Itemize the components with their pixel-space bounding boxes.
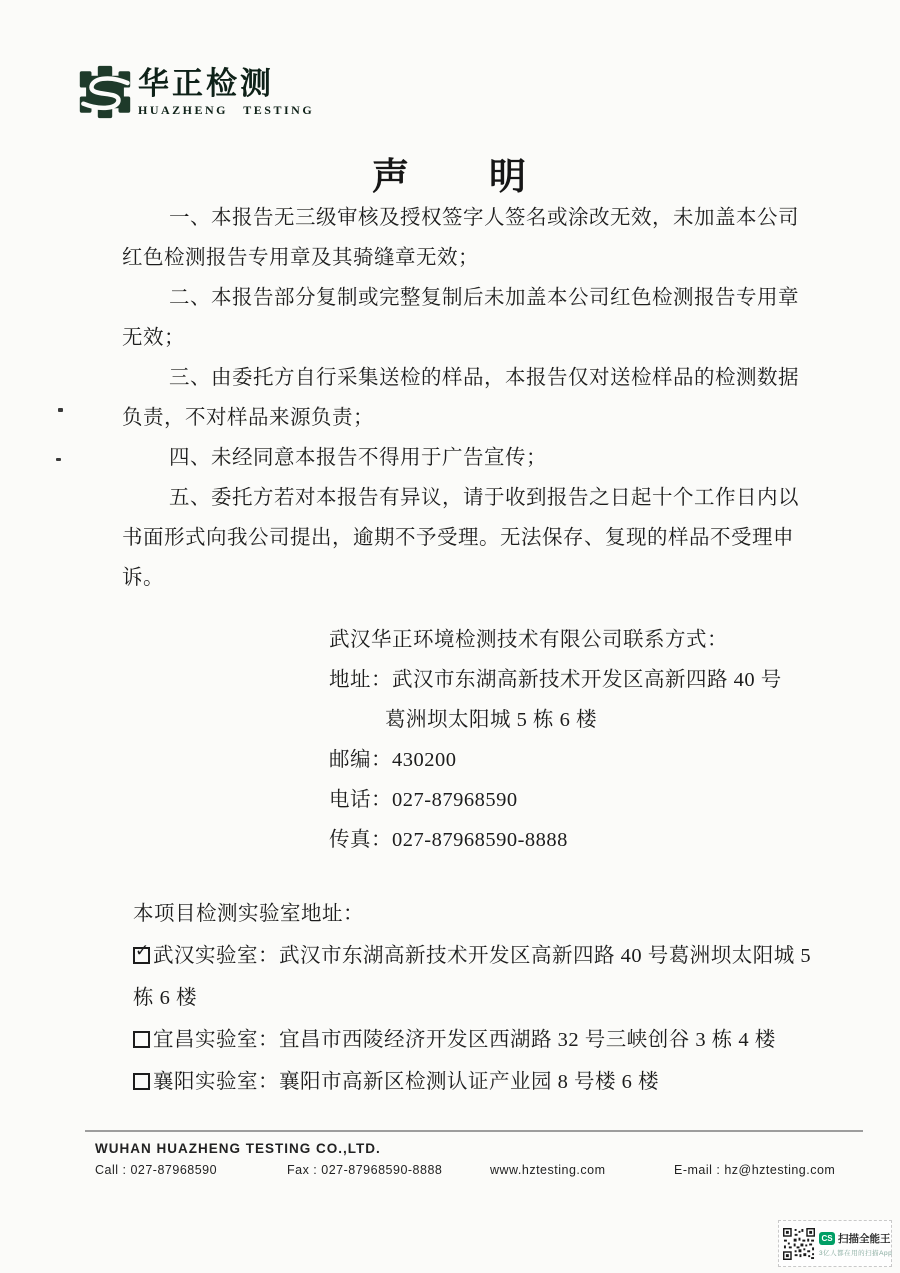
statement-line: 二、本报告部分复制或完整复制后未加盖本公司红色检测报告专用章 [122,278,774,318]
lab-item-text: 襄阳实验室：襄阳市高新区检测认证产业园 8 号楼 6 楼 [153,1071,659,1093]
statement-line: 无效； [122,318,774,358]
lab-item-xiangyang: 襄阳实验室：襄阳市高新区检测认证产业园 8 号楼 6 楼 [133,1061,793,1103]
labs-block: 本项目检测实验室地址： ✓武汉实验室：武汉市东湖高新技术开发区高新四路 40 号… [133,893,793,1103]
logo-company-name-en: HUAZHENG TESTING [138,103,314,118]
footer-phone: Call : 027-87968590 [95,1163,217,1177]
company-logo: 华正检测 HUAZHENG TESTING [78,64,314,120]
contact-heading: 武汉华正环境检测技术有限公司联系方式： [329,620,809,660]
lab-item-wuhan: ✓武汉实验室：武汉市东湖高新技术开发区高新四路 40 号葛洲坝太阳城 5 [133,935,793,977]
footer-fax: Fax : 027-87968590-8888 [287,1163,442,1177]
contact-phone: 电话：027-87968590 [329,780,809,820]
page-title: 声 明 [0,146,900,200]
camscanner-badge-icon: CS [819,1232,835,1245]
huazheng-logo-icon [78,64,132,120]
logo-company-name: 华正检测 [138,68,314,100]
footer-company-name: WUHAN HUAZHENG TESTING CO.,LTD. [95,1141,381,1156]
lab-item-yichang: 宜昌实验室：宜昌市西陵经济开发区西湖路 32 号三峡创谷 3 栋 4 楼 [133,1019,793,1061]
contact-postcode: 邮编：430200 [329,740,809,780]
statement-line: 诉。 [122,558,774,598]
checkbox-yichang-lab [133,1031,150,1048]
contact-fax: 传真：027-87968590-8888 [329,820,809,860]
contact-address: 地址：武汉市东湖高新技术开发区高新四路 40 号 [329,660,809,700]
qr-code-icon [783,1228,815,1260]
camscanner-subtitle: 3亿人都在用的扫描App [819,1248,892,1257]
scan-speck [56,458,61,461]
check-icon: ✓ [135,943,150,960]
statement-line: 四、未经同意本报告不得用于广告宣传； [122,438,774,478]
statement-body: 一、本报告无三级审核及授权签字人签名或涂改无效，未加盖本公司 红色检测报告专用章… [122,198,774,598]
checkbox-xiangyang-lab [133,1073,150,1090]
lab-item-wuhan-cont: 栋 6 楼 [133,977,793,1019]
scanned-statement-page: 华正检测 HUAZHENG TESTING 声 明 一、本报告无三级审核及授权签… [0,0,900,1273]
footer-email: E-mail : hz@hztesting.com [674,1163,835,1177]
contact-block: 武汉华正环境检测技术有限公司联系方式： 地址：武汉市东湖高新技术开发区高新四路 … [329,620,809,860]
footer-divider [85,1130,863,1132]
checkbox-wuhan-lab-checked: ✓ [133,947,150,964]
footer-website: www.hztesting.com [490,1163,605,1177]
scan-speck [58,408,63,412]
statement-line: 一、本报告无三级审核及授权签字人签名或涂改无效，未加盖本公司 [122,198,774,238]
statement-line: 红色检测报告专用章及其骑缝章无效； [122,238,774,278]
lab-item-text: 宜昌实验室：宜昌市西陵经济开发区西湖路 32 号三峡创谷 3 栋 4 楼 [153,1029,776,1051]
labs-heading: 本项目检测实验室地址： [133,893,793,935]
statement-line: 五、委托方若对本报告有异议，请于收到报告之日起十个工作日内以 [122,478,774,518]
contact-address-cont: 葛洲坝太阳城 5 栋 6 楼 [329,700,809,740]
statement-line: 书面形式向我公司提出，逾期不予受理。无法保存、复现的样品不受理申 [122,518,774,558]
camscanner-watermark: CS 扫描全能王 3亿人都在用的扫描App [778,1220,892,1267]
statement-line: 三、由委托方自行采集送检的样品，本报告仅对送检样品的检测数据 [122,358,774,398]
statement-line: 负责，不对样品来源负责； [122,398,774,438]
lab-item-text: 武汉实验室：武汉市东湖高新技术开发区高新四路 40 号葛洲坝太阳城 5 [153,945,811,967]
camscanner-title: 扫描全能王 [838,1231,891,1246]
